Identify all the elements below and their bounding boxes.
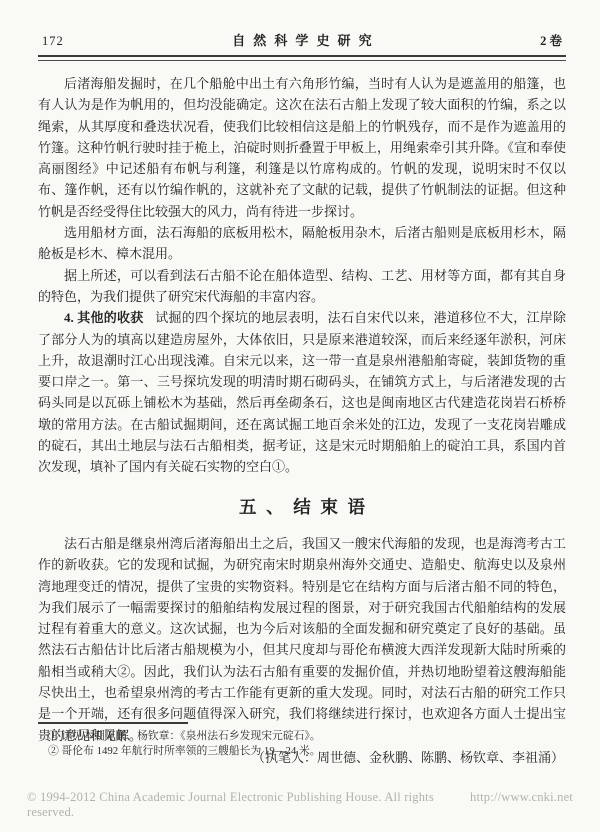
footnote-separator: [38, 722, 188, 724]
subsection-title: 4. 其他的收获: [64, 310, 144, 325]
volume-label: 2 卷: [540, 31, 562, 49]
footnote-2: ② 哥伦布 1492 年航行时所率领的三艘船长为 19—24 米。: [48, 744, 566, 759]
footnote-1: ① 详见本期陈鹏、杨钦章：《泉州法石乡发现宋元碇石》。: [48, 729, 566, 744]
page-number: 172: [42, 34, 64, 49]
copyright-text: © 1994-2012 China Academic Journal Elect…: [27, 790, 470, 820]
paragraph: 后渚海船发掘时，在几个船舱中出土有六角形竹编，当时有人认为是遮盖用的船篷，也有人…: [38, 73, 566, 222]
copyright-url: http://www.cnki.net: [470, 790, 573, 820]
document-page: 172 自然科学史研究 2 卷 后渚海船发掘时，在几个船舱中出土有六角形竹编，当…: [0, 0, 600, 832]
paragraph: 法石古船是继泉州湾后渚海船出土之后，我国又一艘宋代海船的发现，也是海湾考古工作的…: [38, 533, 566, 746]
article-body: 后渚海船发掘时，在几个船舱中出土有六角形竹编，当时有人认为是遮盖用的船篷，也有人…: [38, 73, 566, 768]
header-rule: [38, 55, 566, 61]
section-heading: 五、结束语: [38, 497, 566, 518]
paragraph-text: 试掘的四个探坑的地层表明，法石自宋代以来，港道移位不大，江岸除了部分人为的填高以…: [38, 310, 566, 474]
copyright-bar: © 1994-2012 China Academic Journal Elect…: [27, 790, 573, 820]
paragraph: 4. 其他的收获试掘的四个探坑的地层表明，法石自宋代以来，港道移位不大，江岸除了…: [38, 307, 566, 477]
running-head: 172 自然科学史研究 2 卷: [38, 30, 566, 55]
footnotes-block: ① 详见本期陈鹏、杨钦章：《泉州法石乡发现宋元碇石》。 ② 哥伦布 1492 年…: [38, 722, 566, 759]
paragraph: 选用船材方面，法石海船的底板用松木，隔舱板用杂木，后渚古船则是底板用杉木，隔舱板…: [38, 222, 566, 265]
paragraph: 据上所述，可以看到法石古船不论在船体造型、结构、工艺、用材等方面，都有其自身的特…: [38, 265, 566, 308]
journal-title: 自然科学史研究: [224, 30, 379, 49]
